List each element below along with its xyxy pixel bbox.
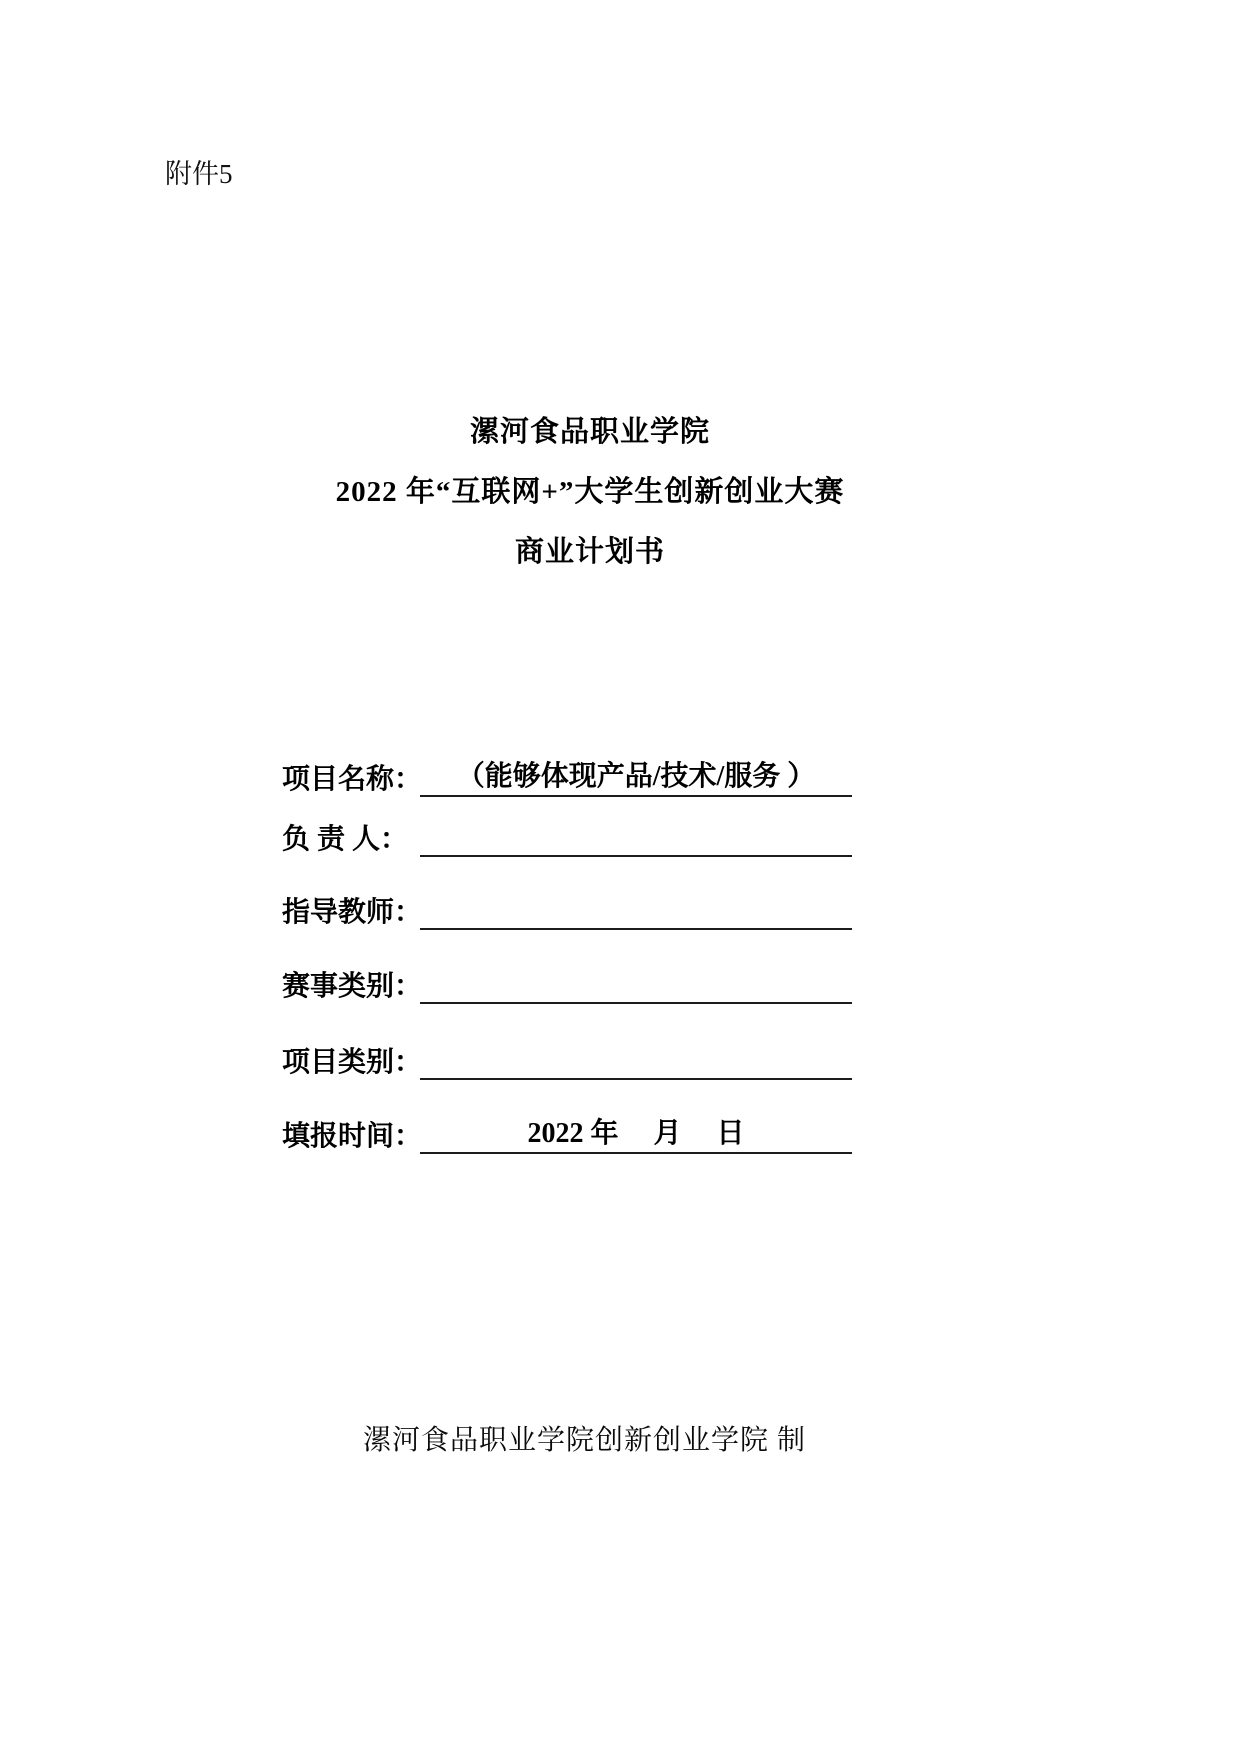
- title-line-competition: 2022 年“互联网+”大学生创新创业大赛: [0, 478, 1180, 507]
- advisor-blank: [420, 927, 852, 930]
- form-field-row-event-category: 赛事类别：: [282, 956, 852, 1004]
- event-category-blank: [420, 1001, 852, 1004]
- fill-date-label: 填报时间：: [282, 1114, 420, 1154]
- project-category-label: 项目类别：: [282, 1040, 420, 1080]
- leader-blank: [420, 854, 852, 857]
- project-name-label: 项目名称：: [282, 757, 420, 797]
- form-field-row-leader: 负 责 人：: [282, 809, 852, 857]
- advisor-label: 指导教师：: [282, 890, 420, 930]
- form-field-row-project-category: 项目类别：: [282, 1032, 852, 1080]
- form-field-row-fill-date: 填报时间： 2022 年 月 日: [282, 1106, 852, 1154]
- document-page: 附件5 漯河食品职业学院 2022 年“互联网+”大学生创新创业大赛 商业计划书…: [0, 0, 1241, 1754]
- title-line-school: 漯河食品职业学院: [0, 418, 1180, 447]
- leader-label: 负 责 人：: [282, 817, 420, 857]
- form-field-row-project-name: 项目名称： （能够体现产品/技术/服务 ）: [282, 749, 852, 797]
- fill-date-blank: 2022 年 月 日: [420, 1111, 852, 1154]
- title-line-plan: 商业计划书: [0, 538, 1180, 567]
- attachment-label: 附件5: [165, 152, 233, 191]
- title-block: 漯河食品职业学院 2022 年“互联网+”大学生创新创业大赛 商业计划书: [0, 418, 1180, 598]
- project-name-blank: （能够体现产品/技术/服务 ）: [420, 754, 852, 797]
- issuer-line: 漯河食品职业学院创新创业学院 制: [363, 1418, 806, 1458]
- form-field-row-advisor: 指导教师：: [282, 882, 852, 930]
- project-category-blank: [420, 1077, 852, 1080]
- event-category-label: 赛事类别：: [282, 964, 420, 1004]
